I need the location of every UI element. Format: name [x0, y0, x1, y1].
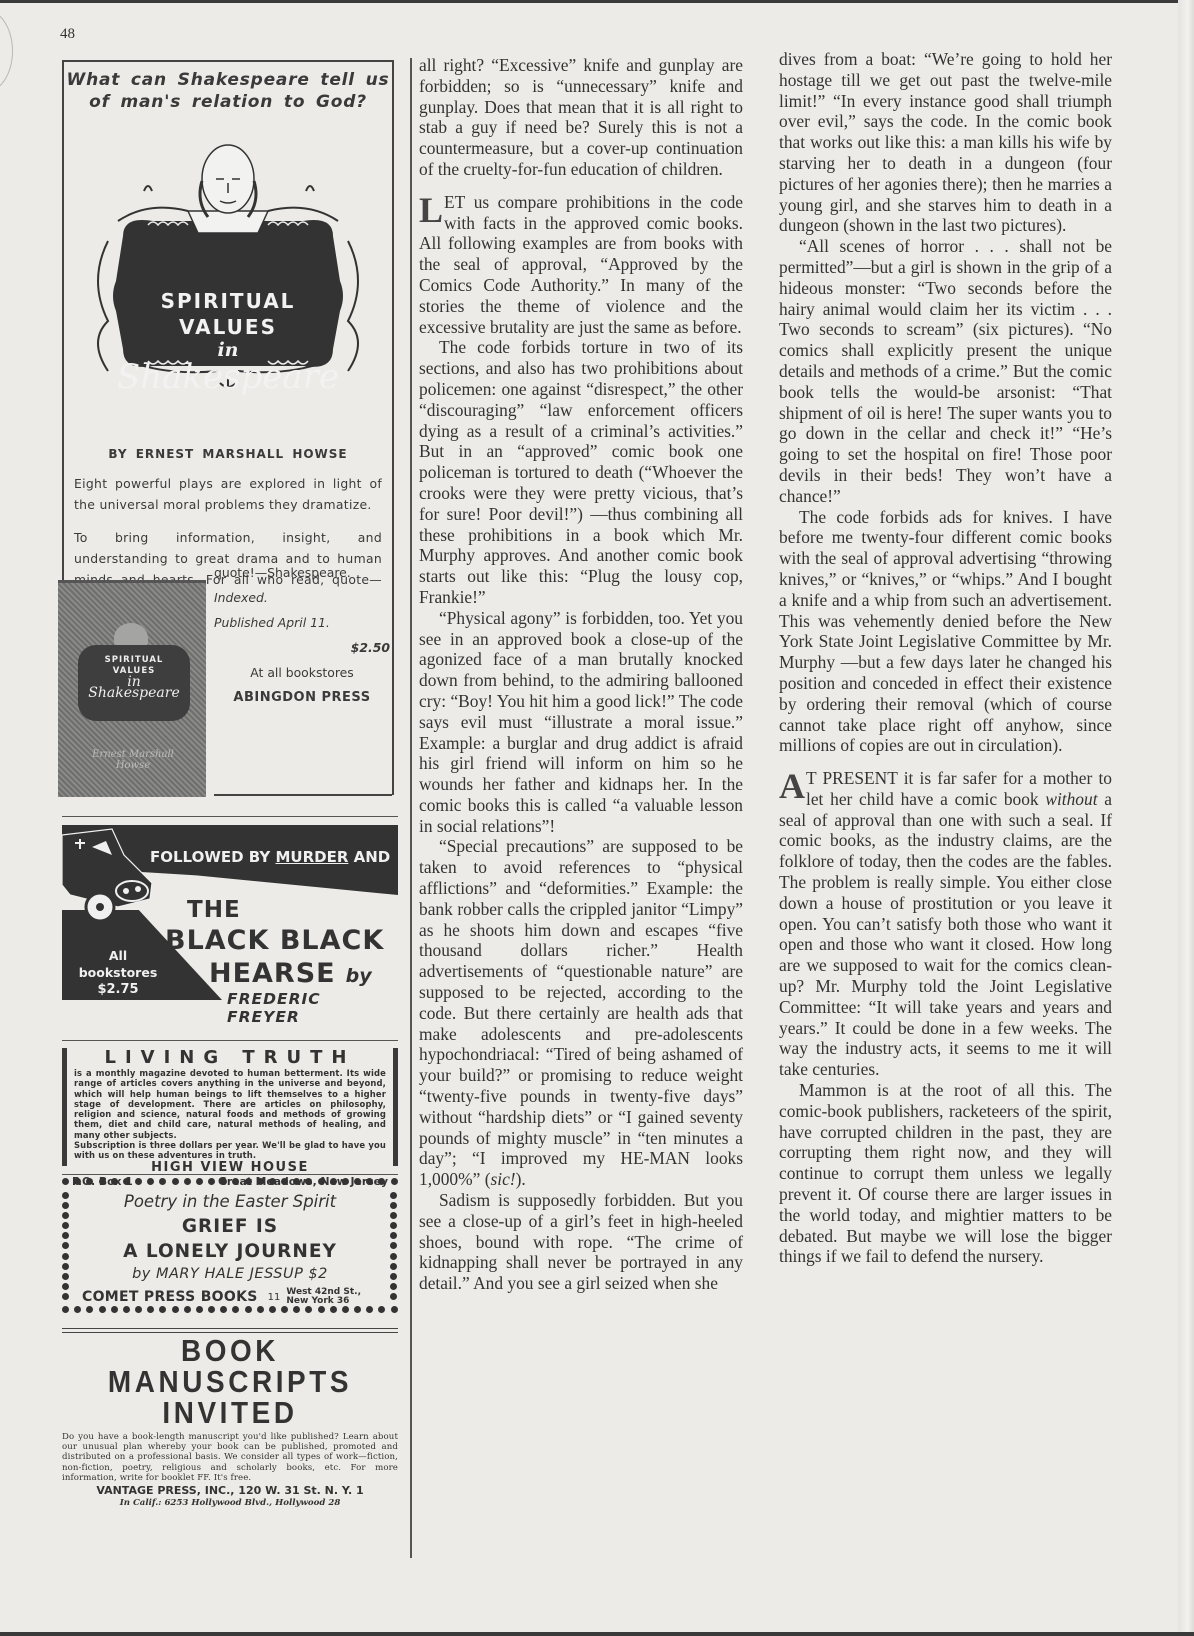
border-bar: [62, 1048, 67, 1166]
book-title: GRIEF IS: [62, 1216, 398, 1237]
border-bar: [393, 1048, 398, 1166]
book-emblem: SPIRITUAL VALUES in Shakespeare: [78, 121, 378, 391]
article-paragraph: dives from a boat: “We’re going to hold …: [779, 49, 1112, 236]
ad-grief-is-a-lonely-journey: Poetry in the Easter Spirit GRIEF IS A L…: [62, 1178, 398, 1314]
book-title: HEARSEby: [209, 958, 372, 989]
ad-black-black-hearse: FOLLOWED BY MURDER AND All bookstores $2…: [62, 825, 398, 1000]
magazine-title: LIVING TRUTH: [62, 1048, 398, 1068]
book-byline: by MARY HALE JESSUP $2: [62, 1266, 398, 1282]
cover-badge: SPIRITUAL VALUES in Shakespeare: [78, 645, 190, 721]
cover-signature: Ernest Marshall Howse: [78, 749, 188, 771]
price: $2.75: [68, 981, 168, 998]
article-paragraph: all right? “Excessive” knife and gunplay…: [419, 55, 743, 180]
emblem-title: VALUES: [78, 315, 378, 339]
column-rule: [410, 58, 412, 1558]
availability: At all bookstores: [214, 660, 390, 685]
divider: [62, 1174, 398, 1175]
publisher: ABINGDON PRESS: [214, 685, 390, 710]
emblem-title: SPIRITUAL: [78, 289, 378, 313]
ad-description: is a monthly magazine devoted to human b…: [74, 1068, 386, 1140]
book-title: THE: [187, 897, 241, 923]
ad-description: Do you have a book-length manuscript you…: [62, 1432, 398, 1483]
drop-cap: L: [419, 196, 443, 224]
ad-tagline: Poetry in the Easter Spirit: [62, 1192, 398, 1211]
divider: [214, 794, 392, 796]
hearse-car-icon: [62, 825, 162, 935]
subscription-info: Subscription is three dollars per year. …: [74, 1140, 386, 1161]
article-column-right: dives from a boat: “We’re going to hold …: [779, 49, 1112, 1267]
ad-headline: INVITED: [79, 1397, 381, 1428]
drop-cap: A: [779, 772, 805, 800]
article-paragraph: “All scenes of horror . . . shall not be…: [779, 236, 1112, 506]
book-cover-image: SPIRITUAL VALUES in Shakespeare Ernest M…: [58, 580, 206, 797]
publisher-address: In Calif.: 6253 Hollywood Blvd., Hollywo…: [62, 1498, 398, 1508]
divider: [62, 1040, 398, 1041]
price: $2.50: [214, 635, 390, 660]
ad-description: Eight powerful plays are explored in lig…: [74, 473, 382, 515]
article-paragraph: The code forbids ads for knives. I have …: [779, 507, 1112, 757]
article-paragraph: Mammon is at the root of all this. The c…: [779, 1080, 1112, 1267]
publish-date: Published April 11.: [214, 610, 390, 635]
indexed-note: Indexed.: [214, 585, 390, 610]
article-paragraph: “Special precautions” are supposed to be…: [419, 836, 743, 1190]
scan-top-edge: [0, 0, 1194, 3]
dotted-border: [62, 1306, 398, 1314]
ad-headline: What can Shakespeare tell us of man's re…: [64, 69, 392, 113]
publisher: VANTAGE PRESS, INC., 120 W. 31 St. N. Y.…: [62, 1484, 398, 1498]
article-paragraph: “Physical agony” is forbidden, too. Yet …: [419, 608, 743, 837]
ad-banner-text: FOLLOWED BY MURDER AND: [150, 848, 390, 866]
page-number: 48: [60, 26, 75, 43]
divider: [62, 816, 398, 817]
publisher-line: COMET PRESS BOOKS 11 West 42nd St.,New Y…: [82, 1288, 361, 1306]
article-column-middle: all right? “Excessive” knife and gunplay…: [419, 55, 743, 1294]
ad-author: BY ERNEST MARSHALL HOWSE: [64, 447, 392, 461]
book-author: FREDERIC FREYER: [227, 990, 398, 1026]
publisher: HIGH VIEW HOUSE: [62, 1161, 398, 1175]
article-paragraph: The code forbids torture in two of its s…: [419, 337, 743, 607]
ad-book-manuscripts-invited: BOOK MANUSCRIPTS INVITED Do you have a b…: [62, 1328, 398, 1508]
book-details: quote!—Shakespeare. Indexed. Published A…: [214, 560, 390, 710]
article-paragraph: Sadism is supposedly forbidden. But you …: [419, 1190, 743, 1294]
ad-living-truth: LIVING TRUTH is a monthly magazine devot…: [62, 1048, 398, 1170]
emblem-title-script: Shakespeare: [78, 357, 378, 397]
page-curl: [0, 10, 13, 92]
article-paragraph: LET us compare prohibitions in the code …: [419, 192, 743, 338]
page-edge: [1178, 0, 1194, 1636]
scan-bottom-edge: [0, 1632, 1194, 1636]
dotted-border: [62, 1178, 398, 1186]
ad-availability: All bookstores $2.75: [68, 947, 168, 998]
article-paragraph: AT PRESENT it is far safer for a mother …: [779, 768, 1112, 1080]
book-title: A LONELY JOURNEY: [62, 1241, 398, 1262]
shakespeare-portrait-icon: [188, 145, 268, 233]
book-title: BLACK BLACK: [165, 925, 384, 956]
ad-headline: BOOK MANUSCRIPTS: [79, 1335, 381, 1397]
